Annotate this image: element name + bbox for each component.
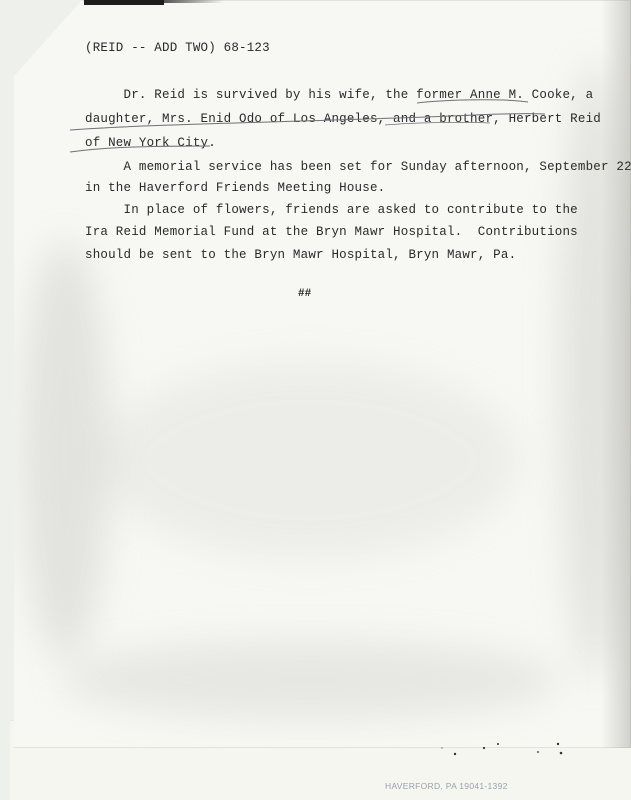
document-page: (REID -- ADD TWO) 68-123 Dr. Reid is sur…	[0, 0, 631, 748]
address-stamp: HAVERFORD, PA 19041-1392	[385, 781, 508, 791]
paragraph-2-line-1: A memorial service has been set for Sund…	[85, 160, 631, 174]
paragraph-1-line-2: daughter, Mrs. Enid Odo of Los Angeles, …	[85, 112, 601, 126]
paragraph-2-line-2: in the Haverford Friends Meeting House.	[85, 181, 385, 195]
document-header: (REID -- ADD TWO) 68-123	[85, 41, 270, 55]
scan-noise	[20, 240, 110, 660]
end-mark: ##	[298, 288, 311, 300]
paragraph-3-line-1: In place of flowers, friends are asked t…	[85, 203, 578, 217]
scan-noise	[100, 360, 520, 560]
scan-edge-mark	[84, 0, 164, 5]
paragraph-1-line-3: of New York City.	[85, 136, 216, 150]
paragraph-1-line-1: Dr. Reid is survived by his wife, the fo…	[85, 88, 593, 102]
scan-noise	[60, 640, 560, 720]
scan-dust	[360, 740, 631, 760]
scan-edge-shadow	[601, 0, 631, 748]
scan-edge-mark	[164, 0, 224, 3]
paragraph-3-line-3: should be sent to the Bryn Mawr Hospital…	[85, 248, 516, 262]
paragraph-3-line-2: Ira Reid Memorial Fund at the Bryn Mawr …	[85, 225, 578, 239]
